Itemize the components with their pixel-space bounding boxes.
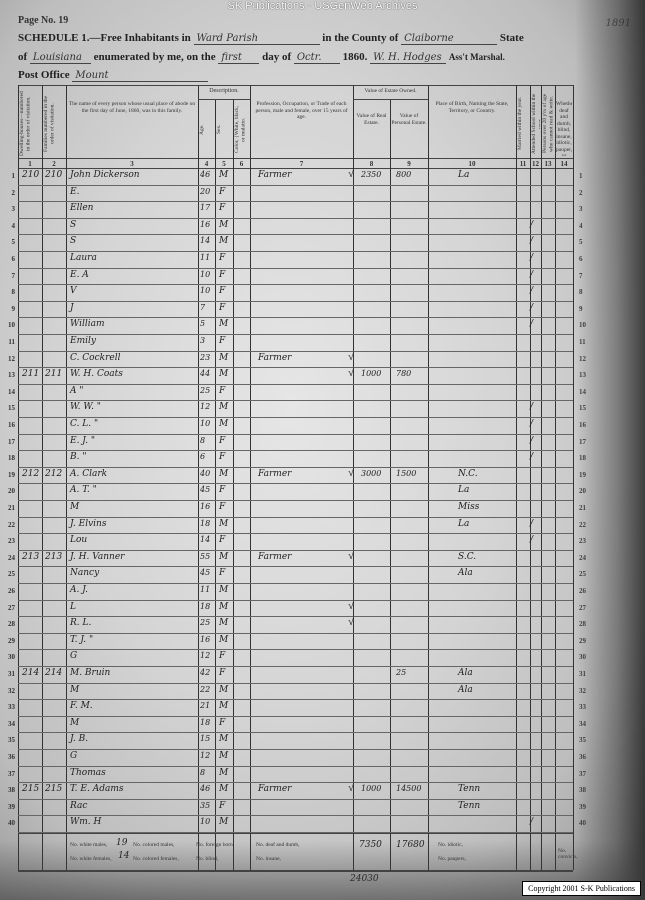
personal-estate-value: 1500 (396, 469, 416, 478)
person-sex: M (219, 618, 228, 628)
line-number-left: 8 (1, 288, 15, 296)
line-number-right: 13 (579, 371, 595, 379)
person-age: 6 (200, 452, 205, 461)
marshal-value: W. H. Hodges (370, 52, 446, 64)
person-age: 12 (200, 751, 210, 760)
person-name: M (70, 502, 79, 512)
column-number-11: 11 (516, 160, 530, 168)
column-number-1: 1 (18, 160, 42, 168)
school-mark: / (530, 270, 533, 280)
line-number-right: 35 (579, 736, 595, 744)
person-sex: M (219, 701, 228, 711)
line-number-left: 1 (1, 172, 15, 180)
line-number-right: 25 (579, 570, 595, 578)
person-age: 45 (200, 568, 210, 577)
column-header-14: Whether deaf and dumb, blind, insane, id… (556, 91, 572, 156)
line-number-left: 20 (1, 487, 15, 495)
line-number-right: 19 (579, 471, 595, 479)
column-header-12: Attended School within the year. (531, 91, 540, 156)
person-sex: M (219, 369, 228, 379)
line-number-left: 37 (1, 770, 15, 778)
county-value: Claiborne (401, 33, 497, 45)
person-sex: M (219, 817, 228, 827)
personal-estate-value: 14500 (396, 784, 421, 793)
header-divider (18, 158, 573, 159)
row-divider (18, 251, 573, 252)
check-mark: √ (348, 600, 354, 612)
school-mark: / (530, 419, 533, 429)
row-divider (18, 649, 573, 650)
line-number-left: 10 (1, 321, 15, 329)
line-number-right: 26 (579, 587, 595, 595)
enumerated-label: enumerated by me, on the (94, 51, 216, 63)
colored-males-label: No. colored males, (133, 842, 175, 848)
row-divider (18, 749, 573, 750)
person-age: 16 (200, 502, 210, 511)
person-age: 10 (200, 286, 210, 295)
row-divider (18, 815, 573, 816)
census-table: Description.Value of Estate Owned.Dwelli… (18, 85, 573, 845)
person-age: 11 (200, 585, 210, 594)
person-name: V (70, 286, 77, 296)
handwritten-side-total: 24030 (350, 874, 379, 884)
row-divider (18, 566, 573, 567)
person-name: E. (70, 187, 79, 197)
person-age: 22 (200, 685, 210, 694)
dwelling-number: 212 (22, 469, 39, 479)
line-number-right: 22 (579, 521, 595, 529)
person-sex: F (219, 668, 225, 678)
column-header-7: Profession, Occupation, or Trade of each… (251, 91, 352, 156)
row-divider (18, 716, 573, 717)
check-mark: √ (348, 168, 354, 180)
birth-place: La (458, 519, 469, 529)
description-group-header: Description. (198, 88, 250, 95)
person-age: 18 (200, 718, 210, 727)
person-name: Emily (70, 336, 96, 346)
row-divider (18, 417, 573, 418)
person-sex: M (219, 469, 228, 479)
column-divider (66, 85, 67, 870)
column-divider (428, 85, 429, 870)
column-divider (18, 85, 19, 870)
birth-place: Miss (458, 502, 479, 512)
person-sex: M (219, 585, 228, 595)
person-name: S (70, 236, 76, 246)
person-age: 46 (200, 170, 210, 179)
person-name: J. B. (70, 734, 88, 744)
description-group-underline (198, 99, 250, 100)
birth-place: Tenn (458, 784, 480, 794)
line-number-left: 35 (1, 736, 15, 744)
line-number-left: 28 (1, 620, 15, 628)
line-number-left: 36 (1, 753, 15, 761)
person-age: 18 (200, 519, 210, 528)
township-value: Ward Parish (194, 33, 320, 45)
person-age: 10 (200, 817, 210, 826)
line-number-right: 33 (579, 703, 595, 711)
real-estate-value: 3000 (361, 469, 381, 478)
value-estate-group-header: Value of Estate Owned. (353, 88, 428, 95)
person-age: 10 (200, 270, 210, 279)
real-estate-total: 7350 (359, 840, 382, 850)
line-number-left: 13 (1, 371, 15, 379)
birth-place: Ala (458, 568, 473, 578)
person-age: 14 (200, 236, 210, 245)
line-number-right: 39 (579, 803, 595, 811)
person-age: 17 (200, 203, 210, 212)
birth-place: S.C. (458, 552, 476, 562)
line-number-right: 11 (579, 338, 595, 346)
line-number-right: 32 (579, 687, 595, 695)
column-divider (541, 85, 542, 870)
line-number-left: 27 (1, 604, 15, 612)
column-header-4: Age. (199, 103, 214, 156)
person-sex: F (219, 187, 225, 197)
line-number-left: 22 (1, 521, 15, 529)
person-sex: F (219, 303, 225, 313)
personal-estate-value: 780 (396, 369, 411, 378)
line-number-right: 18 (579, 454, 595, 462)
line-number-left: 33 (1, 703, 15, 711)
person-name: W. W. " (70, 402, 101, 412)
birth-place: Tenn (458, 801, 480, 811)
column-header-8: Value of Real Estate. (354, 103, 389, 156)
person-name: C. L. " (70, 419, 98, 429)
row-divider (18, 616, 573, 617)
line-number-right: 27 (579, 604, 595, 612)
real-estate-value: 1000 (361, 784, 381, 793)
person-age: 8 (200, 768, 205, 777)
person-sex: M (219, 784, 228, 794)
post-office-value: Mount (72, 70, 208, 82)
person-name: Lou (70, 535, 87, 545)
line-number-left: 25 (1, 570, 15, 578)
line-number-left: 18 (1, 454, 15, 462)
person-age: 7 (200, 303, 205, 312)
census-page: SK Publications - USGenWeb Archives Page… (0, 0, 645, 900)
county-label: in the County of (322, 32, 398, 44)
post-office-line: Post Office Mount (18, 69, 208, 82)
table-top-border (18, 85, 573, 86)
family-number: 212 (45, 469, 62, 479)
column-divider (573, 85, 574, 870)
row-divider (18, 467, 573, 468)
state-label: State (500, 32, 524, 44)
person-age: 44 (200, 369, 210, 378)
person-sex: F (219, 253, 225, 263)
school-mark: / (530, 303, 533, 313)
line-number-left: 16 (1, 421, 15, 429)
person-sex: F (219, 568, 225, 578)
enumeration-line: of Louisiana enumerated by me, on the fi… (18, 51, 505, 64)
column-header-11: Married within the year. (517, 91, 529, 156)
family-number: 213 (45, 552, 62, 562)
state-value: Louisiana (30, 52, 91, 64)
line-number-left: 23 (1, 537, 15, 545)
person-age: 10 (200, 419, 210, 428)
column-number-7: 7 (250, 160, 353, 168)
person-name: J (70, 303, 74, 313)
idiotic-label: No. idiotic, (438, 842, 463, 848)
line-number-left: 4 (1, 222, 15, 230)
person-age: 23 (200, 353, 210, 362)
person-sex: M (219, 734, 228, 744)
line-number-right: 12 (579, 355, 595, 363)
line-number-left: 29 (1, 637, 15, 645)
line-number-left: 32 (1, 687, 15, 695)
stamped-number: 1891 (606, 18, 631, 29)
person-sex: F (219, 801, 225, 811)
person-name: S (70, 220, 76, 230)
row-divider (18, 434, 573, 435)
person-age: 25 (200, 618, 210, 627)
person-name: T. E. Adams (70, 784, 123, 794)
personal-estate-total: 17680 (396, 840, 425, 850)
row-divider (18, 583, 573, 584)
person-age: 11 (200, 253, 210, 262)
row-divider (18, 384, 573, 385)
person-name: M (70, 685, 79, 695)
person-occupation: Farmer (258, 552, 291, 562)
line-number-right: 24 (579, 554, 595, 562)
row-divider (18, 782, 573, 783)
person-name: T. J. " (70, 635, 93, 645)
line-number-right: 23 (579, 537, 595, 545)
line-number-right: 38 (579, 786, 595, 794)
person-sex: M (219, 602, 228, 612)
column-header-3: The name of every person whose usual pla… (67, 91, 197, 156)
school-mark: / (530, 519, 533, 529)
person-name: M (70, 718, 79, 728)
check-mark: √ (348, 367, 354, 379)
page-number: Page No. 19 (18, 15, 68, 26)
person-age: 20 (200, 187, 210, 196)
person-name: E. J. " (70, 436, 95, 446)
line-number-left: 26 (1, 587, 15, 595)
row-divider (18, 600, 573, 601)
person-sex: M (219, 685, 228, 695)
person-name: G (70, 751, 77, 761)
person-name: L (70, 602, 76, 612)
person-occupation: Farmer (258, 469, 291, 479)
row-divider (18, 666, 573, 667)
person-age: 25 (200, 386, 210, 395)
person-sex: F (219, 485, 225, 495)
person-occupation: Farmer (258, 353, 291, 363)
line-number-right: 6 (579, 255, 595, 263)
person-sex: M (219, 236, 228, 246)
blind-label: No. blind, (196, 856, 218, 862)
line-number-left: 38 (1, 786, 15, 794)
school-mark: / (530, 436, 533, 446)
line-number-right: 3 (579, 205, 595, 213)
person-name: G (70, 651, 77, 661)
white-males-count: 19 (116, 838, 127, 848)
white-males-label: No. white males, (70, 842, 107, 848)
dwelling-number: 214 (22, 668, 39, 678)
column-divider (42, 85, 43, 870)
line-number-left: 17 (1, 438, 15, 446)
row-divider (18, 334, 573, 335)
birth-place: N.C. (458, 469, 478, 479)
column-divider (530, 85, 531, 870)
row-divider (18, 633, 573, 634)
person-name: Laura (70, 253, 97, 263)
real-estate-value: 1000 (361, 369, 381, 378)
line-number-right: 17 (579, 438, 595, 446)
person-name: M. Bruin (70, 668, 110, 678)
school-mark: / (530, 286, 533, 296)
line-number-left: 39 (1, 803, 15, 811)
person-sex: F (219, 203, 225, 213)
column-header-9: Value of Personal Estate. (391, 103, 427, 156)
birth-place: La (458, 485, 469, 495)
person-sex: M (219, 402, 228, 412)
person-sex: F (219, 436, 225, 446)
row-divider (18, 367, 573, 368)
column-number-6: 6 (233, 160, 250, 168)
column-number-3: 3 (66, 160, 198, 168)
person-age: 12 (200, 402, 210, 411)
row-divider (18, 799, 573, 800)
row-divider (18, 732, 573, 733)
person-name: A " (70, 386, 84, 396)
line-number-right: 5 (579, 238, 595, 246)
of-label: of (18, 51, 27, 63)
line-number-left: 30 (1, 653, 15, 661)
column-divider (250, 85, 251, 870)
school-mark: / (530, 452, 533, 462)
column-divider (215, 99, 216, 870)
person-occupation: Farmer (258, 170, 291, 180)
person-name: Wm. H (70, 817, 101, 827)
line-number-left: 3 (1, 205, 15, 213)
line-number-right: 40 (579, 819, 595, 827)
person-name: William (70, 319, 105, 329)
line-number-right: 14 (579, 388, 595, 396)
line-number-left: 12 (1, 355, 15, 363)
birth-place: La (458, 170, 469, 180)
family-number: 210 (45, 170, 62, 180)
person-age: 16 (200, 220, 210, 229)
check-mark: √ (348, 351, 354, 363)
line-number-right: 37 (579, 770, 595, 778)
person-name: A. Clark (70, 469, 107, 479)
person-age: 35 (200, 801, 210, 810)
person-age: 21 (200, 701, 210, 710)
person-name: E. A (70, 270, 89, 280)
row-divider (18, 683, 573, 684)
column-number-10: 10 (428, 160, 516, 168)
colored-females-label: No. colored females, (133, 856, 179, 862)
column-divider (198, 85, 199, 870)
person-age: 16 (200, 635, 210, 644)
line-number-left: 6 (1, 255, 15, 263)
line-number-left: 5 (1, 238, 15, 246)
column-divider (390, 99, 391, 870)
person-sex: M (219, 635, 228, 645)
dwelling-number: 210 (22, 170, 39, 180)
person-sex: F (219, 286, 225, 296)
person-age: 55 (200, 552, 210, 561)
column-header-1: Dwelling-houses—numbered in the order of… (19, 91, 41, 156)
school-mark: / (530, 319, 533, 329)
column-number-2: 2 (42, 160, 66, 168)
foreign-born-label: No. foreign born, (196, 842, 234, 848)
person-age: 8 (200, 436, 205, 445)
check-mark: √ (348, 550, 354, 562)
person-age: 5 (200, 319, 205, 328)
archive-watermark: SK Publications - USGenWeb Archives (0, 0, 645, 12)
person-sex: M (219, 552, 228, 562)
person-age: 12 (200, 651, 210, 660)
line-number-right: 1 (579, 172, 595, 180)
insane-label: No. insane, (256, 856, 281, 862)
person-sex: F (219, 651, 225, 661)
check-mark: √ (348, 616, 354, 628)
personal-estate-value: 800 (396, 170, 411, 179)
birth-place: Ala (458, 685, 473, 695)
day-of-label: day of (262, 51, 291, 63)
line-number-right: 8 (579, 288, 595, 296)
row-divider (18, 218, 573, 219)
family-number: 211 (45, 369, 62, 379)
year-label: 1860. (343, 51, 368, 63)
row-divider (18, 268, 573, 269)
person-name: Thomas (70, 768, 106, 778)
personal-estate-value: 25 (396, 668, 406, 677)
person-sex: M (219, 319, 228, 329)
dwelling-number: 215 (22, 784, 39, 794)
line-number-left: 2 (1, 189, 15, 197)
person-name: John Dickerson (70, 170, 140, 180)
person-name: J. Elvins (70, 519, 106, 529)
month-value: Octr. (294, 52, 340, 64)
row-divider (18, 284, 573, 285)
row-divider (18, 533, 573, 534)
check-mark: √ (348, 782, 354, 794)
person-sex: F (219, 718, 225, 728)
row-divider (18, 483, 573, 484)
line-number-left: 19 (1, 471, 15, 479)
person-age: 14 (200, 535, 210, 544)
scan-shadow-right (575, 0, 645, 900)
column-header-13: Persons over 20 y'rs of age who cannot r… (542, 91, 554, 156)
school-mark: / (530, 220, 533, 230)
school-mark: / (530, 535, 533, 545)
line-number-left: 14 (1, 388, 15, 396)
line-number-right: 29 (579, 637, 595, 645)
person-sex: M (219, 353, 228, 363)
line-number-right: 36 (579, 753, 595, 761)
row-divider (18, 201, 573, 202)
paupers-label: No. paupers, (438, 856, 466, 862)
row-divider (18, 766, 573, 767)
line-number-left: 21 (1, 504, 15, 512)
column-number-12: 12 (530, 160, 541, 168)
column-number-14: 14 (555, 160, 573, 168)
person-age: 46 (200, 784, 210, 793)
line-number-left: 24 (1, 554, 15, 562)
person-name: A. T. " (70, 485, 97, 495)
line-number-left: 7 (1, 272, 15, 280)
check-mark: √ (348, 467, 354, 479)
person-sex: F (219, 336, 225, 346)
copyright-notice: Copyright 2001 S-K Publications (522, 881, 641, 896)
line-number-left: 9 (1, 305, 15, 313)
row-divider (18, 400, 573, 401)
